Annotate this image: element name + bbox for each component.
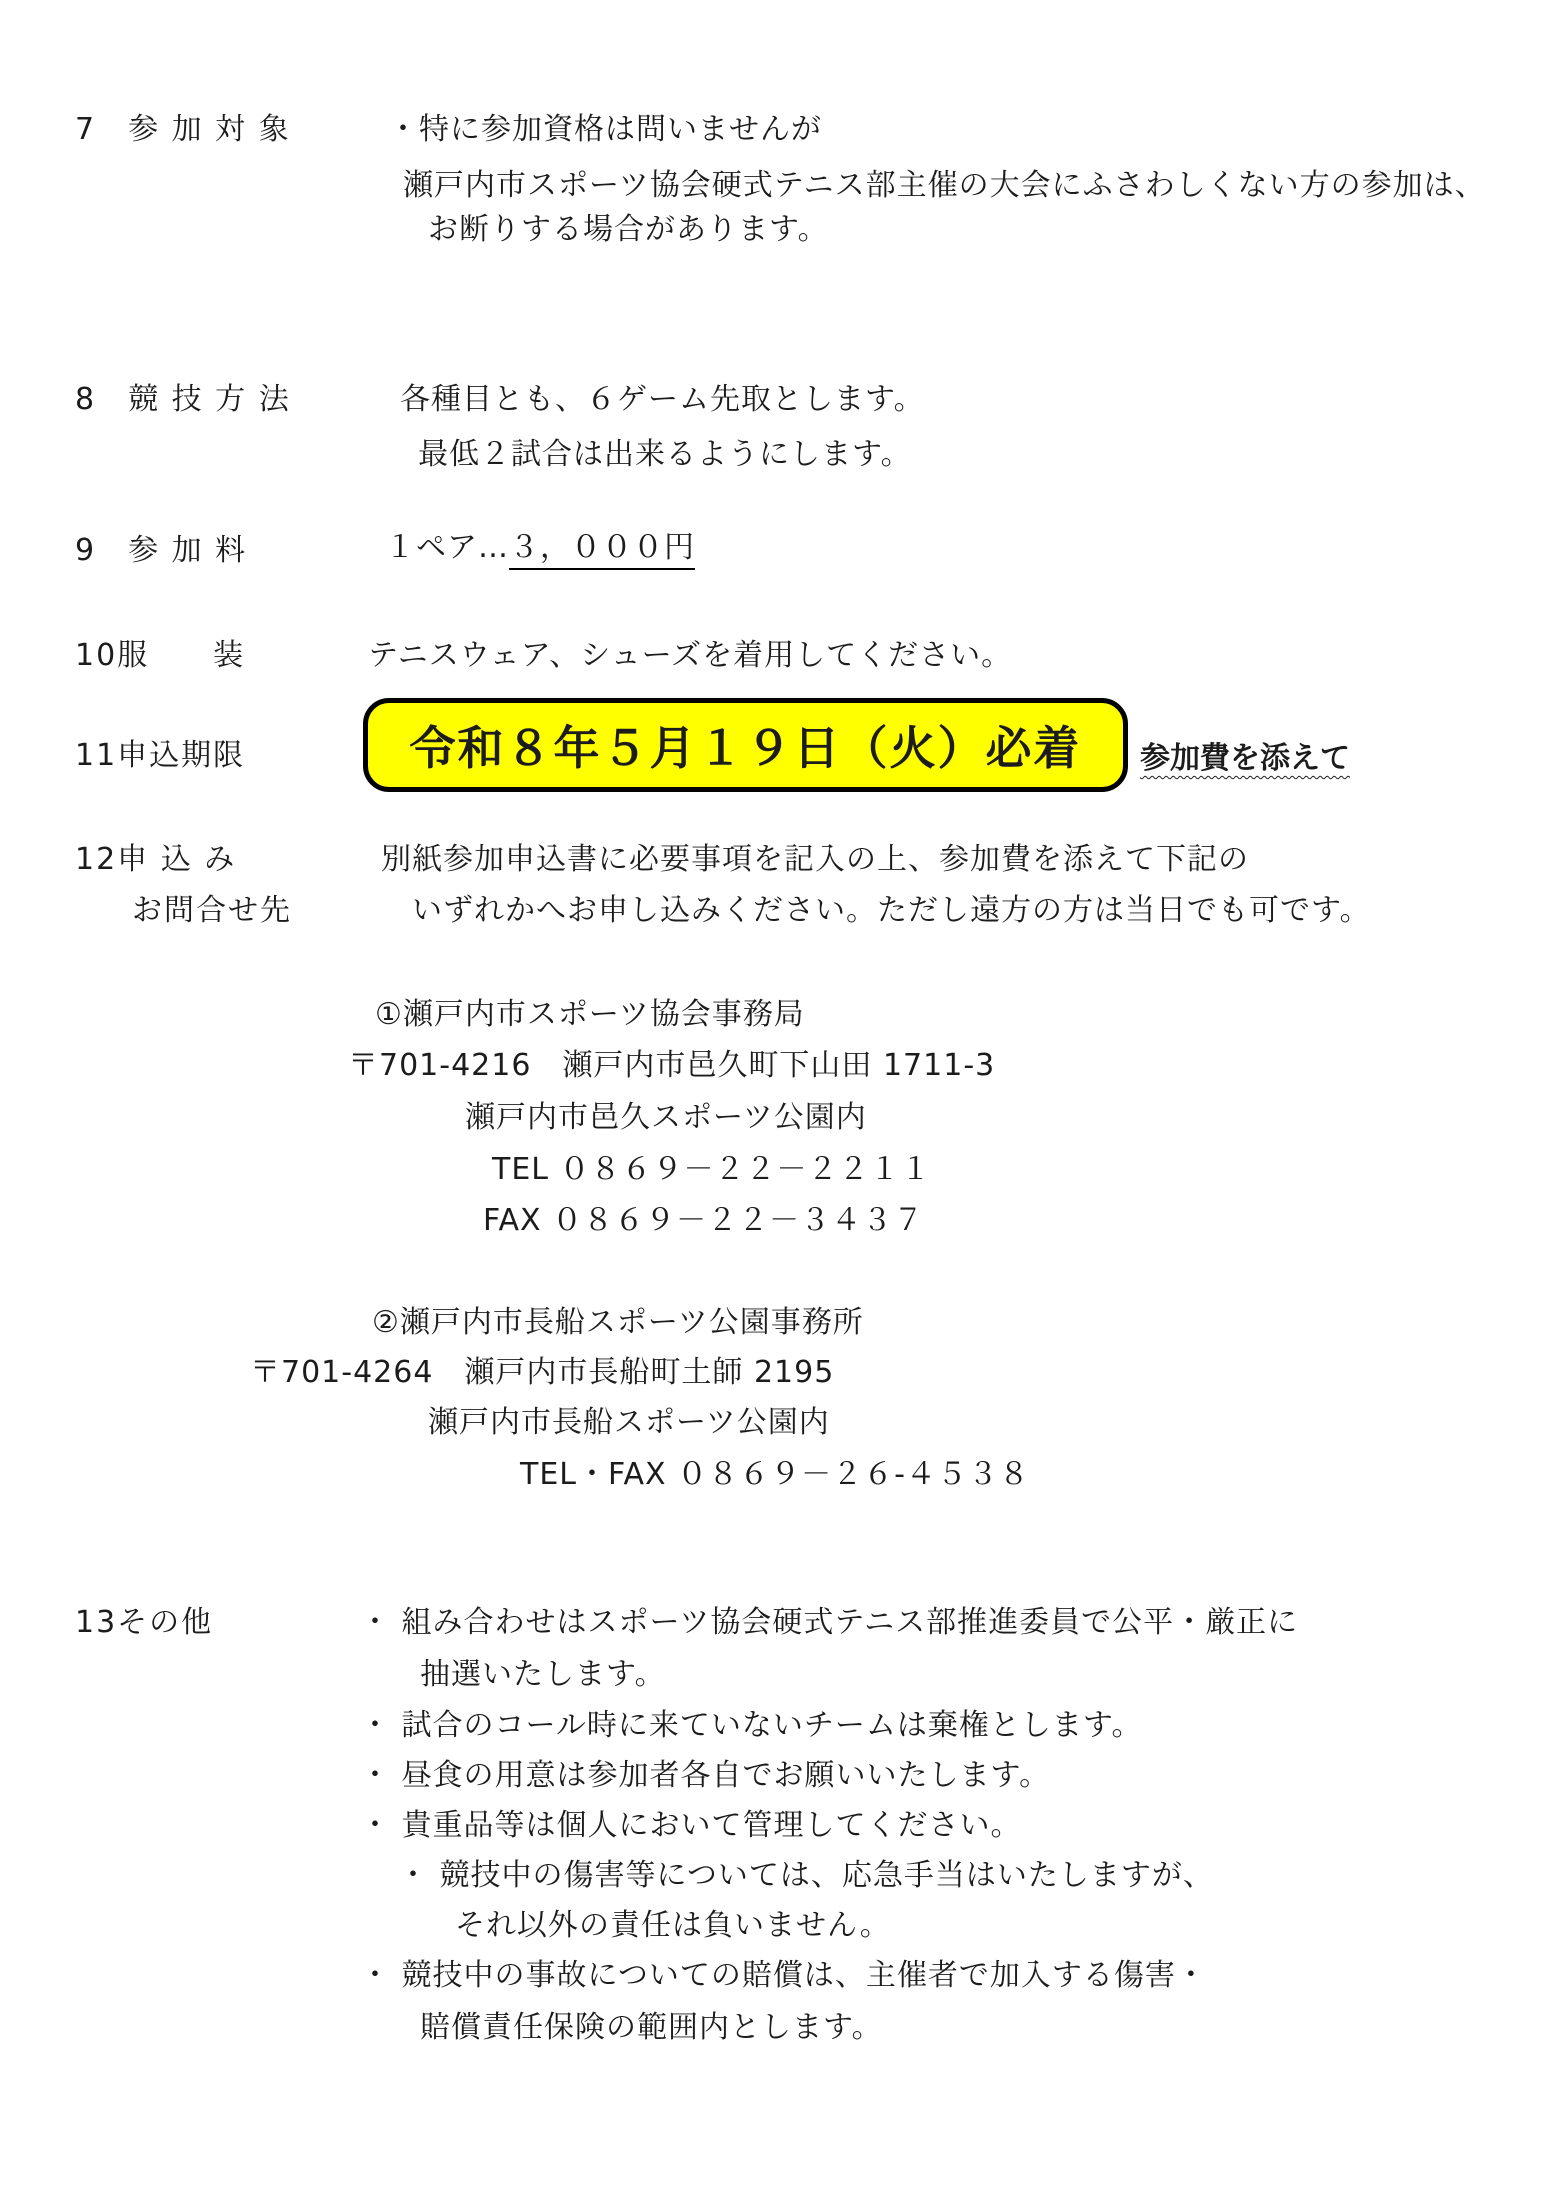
deadline-highlight-box: 令和８年５月１９日（火）必着 <box>363 698 1128 792</box>
document-page: 7 参 加 対 象 ・特に参加資格は問いませんが 瀬戸内市スポーツ協会硬式テニス… <box>0 0 1556 2200</box>
section13-bullet1-cont: 抽選いたします。 <box>420 1657 666 1693</box>
section12-sublabel: お問合せ先 <box>132 893 292 929</box>
section12-label: 12申 込 み <box>75 842 236 878</box>
section8-line1: 各種目とも、６ゲーム先取とします。 <box>400 382 925 418</box>
section11-label: 11申込期限 <box>75 738 245 774</box>
section13-label: 13その他 <box>75 1605 213 1641</box>
section13-bullet5: ・ 競技中の事故についての賠償は、主催者で加入する傷害・ <box>360 1958 1207 1994</box>
contact2-postal-address: 〒701-4264 瀬戸内市長船町土師 2195 <box>250 1355 834 1391</box>
contact2-title: ②瀬戸内市長船スポーツ公園事務所 <box>372 1305 864 1341</box>
contact1-title: ①瀬戸内市スポーツ協会事務局 <box>375 997 805 1033</box>
section8-line2: 最低２試合は出来るようにします。 <box>418 437 912 473</box>
section10-line: テニスウェア、シューズを着用してください。 <box>368 638 1012 674</box>
fee-attached-note: 参加費を添えて <box>1140 733 1350 777</box>
contact2-telfax: TEL・FAX ０８６９－２６-４５３８ <box>520 1457 1030 1493</box>
section7-line1: ・特に参加資格は問いませんが <box>388 112 822 148</box>
section7-line2: 瀬戸内市スポーツ協会硬式テニス部主催の大会にふさわしくない方の参加は、 <box>403 168 1486 204</box>
section13-bullet5-cont: 賠償責任保険の範囲内とします。 <box>420 2010 883 2046</box>
section12-line2: いずれかへお申し込みください。ただし遠方の方は当日でも可です。 <box>412 893 1371 929</box>
section13-bullet1: ・ 組み合わせはスポーツ協会硬式テニス部推進委員で公平・厳正に <box>360 1605 1298 1641</box>
contact2-building: 瀬戸内市長船スポーツ公園内 <box>428 1405 830 1441</box>
section7-line3: お断りする場合があります。 <box>428 212 829 248</box>
entry-fee-amount: ３，０００円 <box>509 530 695 570</box>
contact1-tel: TEL ０８６９－２２－２２１１ <box>492 1152 932 1188</box>
section9-label: 9 参 加 料 <box>75 533 247 569</box>
contact1-building: 瀬戸内市邑久スポーツ公園内 <box>465 1100 867 1136</box>
deadline-text: 令和８年５月１９日（火）必着 <box>410 712 1082 778</box>
section7-label: 7 参 加 対 象 <box>75 112 291 148</box>
section10-label: 10服 装 <box>75 638 245 674</box>
section13-bullet2: ・ 試合のコール時に来ていないチームは棄権とします。 <box>360 1708 1143 1744</box>
section12-line1: 別紙参加申込書に必要事項を記入の上、参加費を添えて下記の <box>381 842 1249 878</box>
section8-label: 8 競 技 方 法 <box>75 382 291 418</box>
section13-subbullet1: ・ 競技中の傷害等については、応急手当はいたしますが、 <box>398 1858 1214 1894</box>
contact1-fax: FAX ０８６９－２２－３４３７ <box>483 1203 924 1239</box>
entry-fee-prefix: １ペア… <box>385 530 509 565</box>
entry-fee-line: １ペア…３，０００円 <box>385 530 695 566</box>
section13-bullet3: ・ 昼食の用意は参加者各自でお願いいたします。 <box>360 1758 1050 1794</box>
section13-bullet4: ・ 貴重品等は個人において管理してください。 <box>360 1808 1022 1844</box>
contact1-postal-address: 〒701-4216 瀬戸内市邑久町下山田 1711-3 <box>348 1048 995 1084</box>
section13-subbullet1-cont: それ以外の責任は負いません。 <box>455 1908 891 1944</box>
